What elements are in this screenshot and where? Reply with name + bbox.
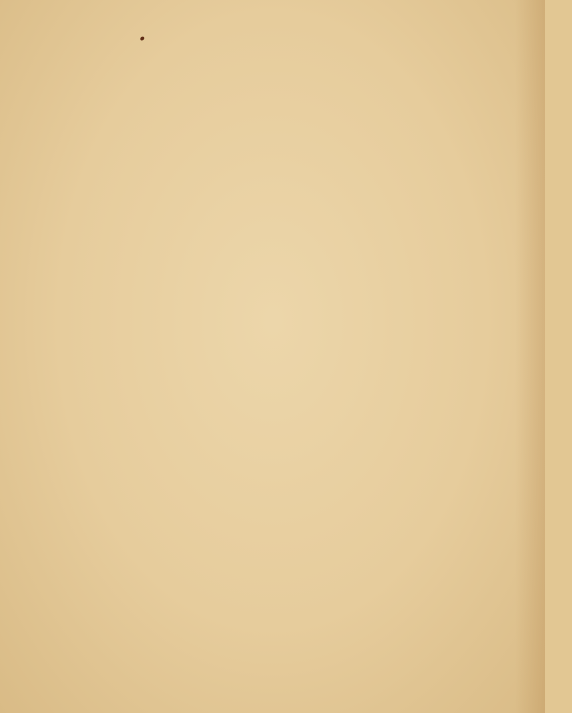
entry-heading: .	[118, 12, 147, 48]
manuscript-page: .	[0, 0, 545, 713]
